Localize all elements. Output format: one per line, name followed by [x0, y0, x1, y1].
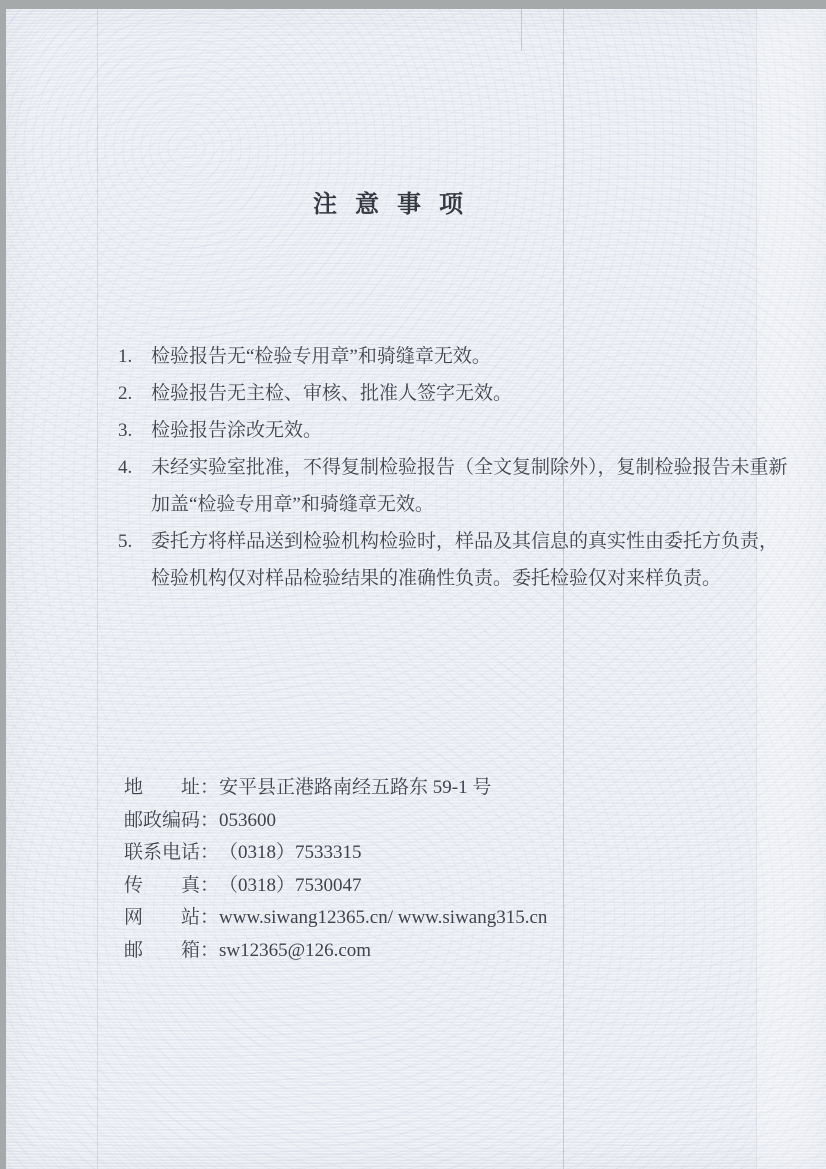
- contact-row-website: 网 站： www.siwang12365.cn/ www.siwang315.c…: [124, 902, 766, 935]
- paper-sheet: 注意事项 1. 检验报告无“检验专用章”和骑缝章无效。 2. 检验报告无主检、审…: [6, 9, 826, 1169]
- contact-label: 邮 箱：: [124, 935, 219, 968]
- notes-list: 1. 检验报告无“检验专用章”和骑缝章无效。 2. 检验报告无主检、审核、批准人…: [118, 338, 748, 597]
- note-text: 委托方将样品送到检验机构检验时，样品及其信息的真实性由委托方负责，: [151, 523, 778, 560]
- contact-label: 联系电话：: [124, 837, 219, 870]
- fold-line-top-short: [521, 9, 522, 51]
- contact-row-fax: 传 真： （0318）7530047: [124, 870, 766, 903]
- contact-row-email: 邮 箱： sw12365@126.com: [124, 935, 766, 968]
- contact-value-address: 安平县正港路南经五路东 59-1 号: [219, 772, 491, 805]
- note-text: 检验报告无主检、审核、批准人签字无效。: [151, 375, 748, 412]
- contact-row-phone: 联系电话： （0318）7533315: [124, 837, 766, 870]
- note-number: [118, 560, 151, 597]
- document-content: 注意事项 1. 检验报告无“检验专用章”和骑缝章无效。 2. 检验报告无主检、审…: [6, 184, 826, 967]
- note-text: 检验机构仅对样品检验结果的准确性负责。委托检验仅对来样负责。: [151, 560, 748, 597]
- contact-row-postal-code: 邮政编码： 053600: [124, 805, 766, 838]
- contact-label: 地 址：: [124, 772, 219, 805]
- note-line-1: 1. 检验报告无“检验专用章”和骑缝章无效。: [118, 338, 748, 375]
- note-number: 2.: [118, 375, 151, 412]
- note-number: 5.: [118, 523, 151, 560]
- contact-row-address: 地 址： 安平县正港路南经五路东 59-1 号: [124, 772, 766, 805]
- note-text: 加盖“检验专用章”和骑缝章无效。: [151, 486, 748, 523]
- note-line-4-continued: 加盖“检验专用章”和骑缝章无效。: [118, 486, 748, 523]
- note-text: 检验报告涂改无效。: [151, 412, 748, 449]
- note-line-3: 3. 检验报告涂改无效。: [118, 412, 748, 449]
- note-number: 1.: [118, 338, 151, 375]
- note-number: 4.: [118, 449, 151, 486]
- contact-value-phone: （0318）7533315: [219, 837, 362, 870]
- contact-label: 传 真：: [124, 870, 219, 903]
- note-line-5: 5. 委托方将样品送到检验机构检验时，样品及其信息的真实性由委托方负责，: [118, 523, 748, 560]
- contact-label: 邮政编码：: [124, 805, 219, 838]
- contact-value-fax: （0318）7530047: [219, 870, 362, 903]
- contact-label: 网 站：: [124, 902, 219, 935]
- note-number: [118, 486, 151, 523]
- page-title: 注意事项: [0, 184, 798, 219]
- note-text: 检验报告无“检验专用章”和骑缝章无效。: [151, 338, 748, 375]
- note-line-5-continued: 检验机构仅对样品检验结果的准确性负责。委托检验仅对来样负责。: [118, 560, 748, 597]
- scanned-page: 注意事项 1. 检验报告无“检验专用章”和骑缝章无效。 2. 检验报告无主检、审…: [0, 0, 826, 1169]
- note-number: 3.: [118, 412, 151, 449]
- note-text: 未经实验室批准，不得复制检验报告（全文复制除外），复制检验报告未重新: [151, 449, 788, 486]
- contact-block: 地 址： 安平县正港路南经五路东 59-1 号 邮政编码： 053600 联系电…: [124, 772, 766, 967]
- note-line-4: 4. 未经实验室批准，不得复制检验报告（全文复制除外），复制检验报告未重新: [118, 449, 748, 486]
- note-line-2: 2. 检验报告无主检、审核、批准人签字无效。: [118, 375, 748, 412]
- contact-value-website: www.siwang12365.cn/ www.siwang315.cn: [219, 902, 547, 935]
- contact-value-postal-code: 053600: [219, 805, 276, 838]
- contact-value-email: sw12365@126.com: [219, 935, 371, 968]
